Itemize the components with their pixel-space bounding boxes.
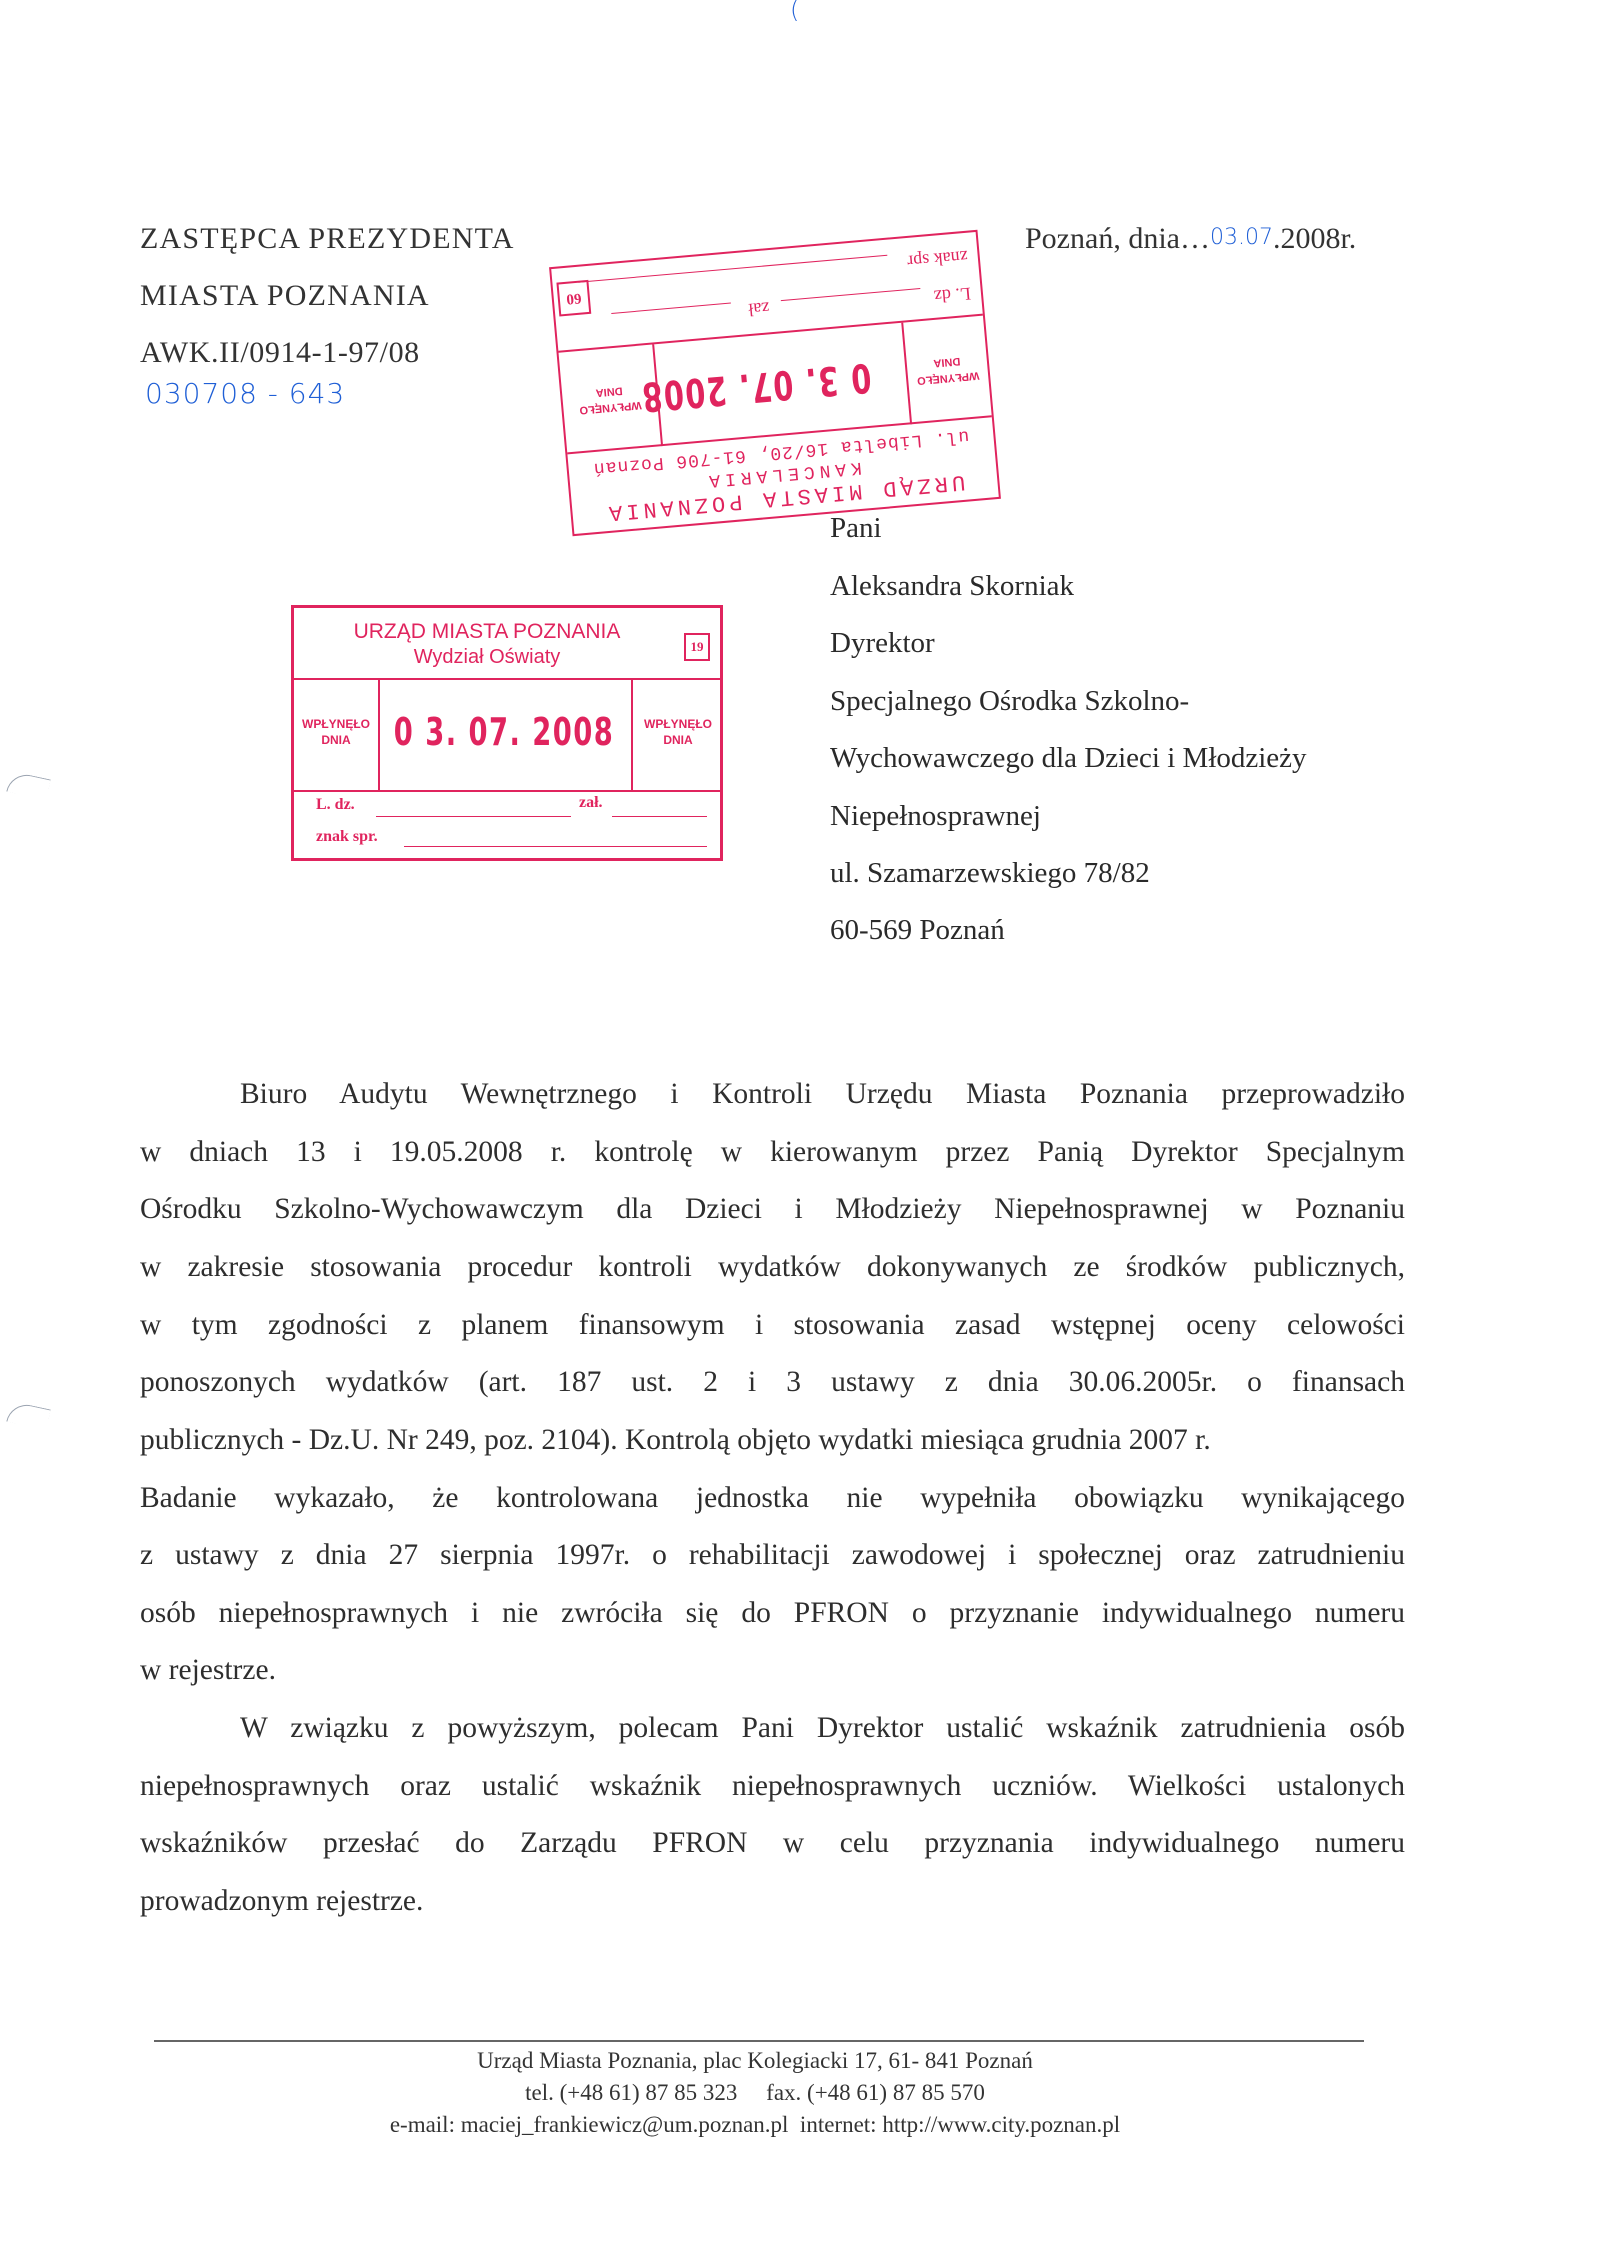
addressee-salutation: Pani	[830, 512, 882, 544]
addressee-name: Aleksandra Skorniak	[830, 570, 1074, 602]
body-paragraph-1-line: publicznych - Dz.U. Nr 249, poz. 2104). …	[140, 1424, 1405, 1456]
footer-divider	[154, 2040, 1364, 2042]
kancelaria-received-stamp: URZĄD MIASTA POZNANIA KANCELARIA ul. Lib…	[549, 230, 1001, 536]
body-paragraph-1-line: w dniach 13 i 19.05.2008 r. kontrolę w k…	[140, 1136, 1405, 1168]
stamp-ldz-label: L. dz.	[316, 796, 355, 814]
body-paragraph-3-line: niepełnosprawnych oraz ustalić wskaźnik …	[140, 1770, 1405, 1802]
addressee-position: Dyrektor	[830, 627, 935, 659]
punch-hole-mark	[6, 771, 50, 800]
body-paragraph-1-line: Ośrodku Szkolno-Wychowawczym dla Dzieci …	[140, 1193, 1405, 1225]
body-paragraph-1-line: w tym zgodności z planem finansowym i st…	[140, 1309, 1405, 1341]
stamp-number: 60	[556, 280, 591, 317]
body-paragraph-1-line: Biuro Audytu Wewnętrznego i Kontroli Urz…	[140, 1078, 1405, 1110]
stamp-zal-label: zał	[748, 297, 771, 320]
footer-address: Urząd Miasta Poznania, plac Kolegiacki 1…	[0, 2047, 1510, 2075]
footer-phones: tel. (+48 61) 87 85 323 fax. (+48 61) 87…	[0, 2079, 1510, 2107]
body-paragraph-2-line: osób niepełnosprawnych i nie zwróciła si…	[140, 1597, 1405, 1629]
footer-contact: e-mail: maciej_frankiewicz@um.poznan.pl …	[0, 2111, 1510, 2139]
handwritten-top-mark: (	[790, 0, 799, 24]
sender-title-line2: MIASTA POZNANIA	[140, 279, 430, 313]
body-paragraph-3-line: wskaźników przesłać do Zarządu PFRON w c…	[140, 1827, 1405, 1859]
body-paragraph-1-line: w zakresie stosowania procedur kontroli …	[140, 1251, 1405, 1283]
addressee-street: ul. Szamarzewskiego 78/82	[830, 857, 1150, 889]
date-suffix: .2008r.	[1273, 222, 1356, 255]
oswiata-received-stamp: URZĄD MIASTA POZNANIA Wydział Oświaty 19…	[291, 605, 723, 861]
date-handwritten: 03.07	[1210, 225, 1273, 250]
handwritten-registration-number: 030708 - 643	[145, 377, 345, 410]
date-prefix: Poznań, dnia…	[1025, 222, 1210, 255]
addressee-institution-line1: Specjalnego Ośrodka Szkolno-	[830, 685, 1189, 717]
body-paragraph-3-line: W związku z powyższym, polecam Pani Dyre…	[140, 1712, 1405, 1744]
sender-title-line1: ZASTĘPCA PREZYDENTA	[140, 222, 515, 256]
body-paragraph-2-line: w rejestrze.	[140, 1654, 1405, 1686]
addressee-city: 60-569 Poznań	[830, 914, 1005, 946]
stamp-ldz-label: L. dz	[933, 283, 972, 307]
body-paragraph-2-line: Badanie wykazało, że kontrolowana jednos…	[140, 1482, 1405, 1514]
addressee-institution-line2: Wychowawczego dla Dzieci i Młodzieży	[830, 742, 1307, 774]
body-paragraph-2-line: z ustawy z dnia 27 sierpnia 1997r. o reh…	[140, 1539, 1405, 1571]
letter-date: Poznań, dnia…03.07.2008r.	[1025, 222, 1356, 256]
addressee-institution-line3: Niepełnosprawnej	[830, 800, 1041, 832]
stamp-znak-label: znak spr.	[316, 828, 378, 846]
body-paragraph-1-line: ponoszonych wydatków (art. 187 ust. 2 i …	[140, 1366, 1405, 1398]
reference-number: AWK.II/0914-1-97/08	[140, 336, 420, 370]
punch-hole-mark	[6, 1401, 50, 1430]
stamp-zal-label: zał.	[579, 794, 603, 812]
stamp-znak-label: znak spr	[907, 246, 969, 272]
body-paragraph-3-line: prowadzonym rejestrze.	[140, 1885, 1405, 1917]
